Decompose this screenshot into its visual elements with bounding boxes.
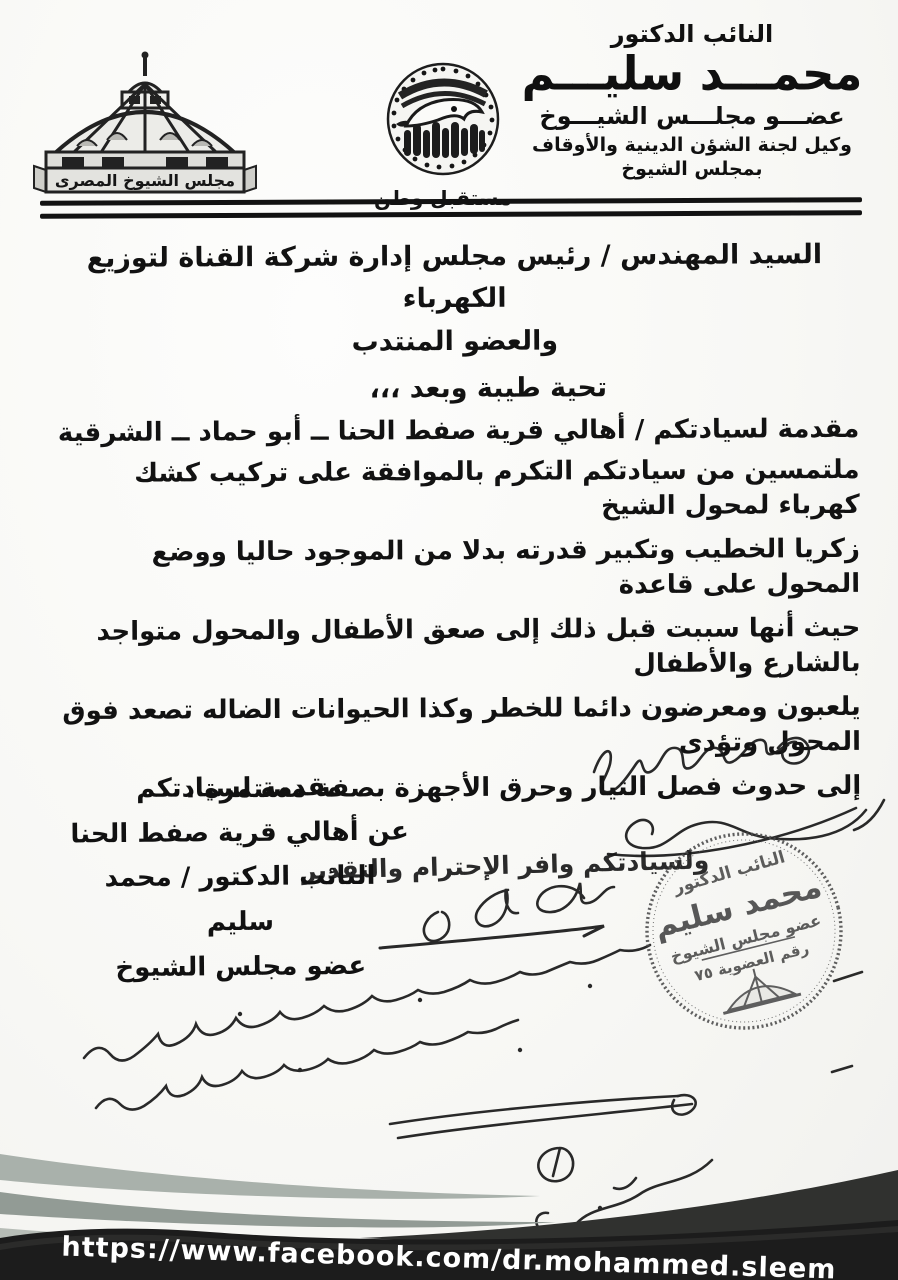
handwritten-note-stroke	[476, 889, 518, 926]
presenter-line-1: مقدمة لسيادتكم	[69, 765, 409, 813]
senate-logo-banner-text: مجلس الشيوخ المصرى	[55, 171, 235, 190]
recipient-line-1: السيد المهندس / رئيس مجلس إدارة شركة الق…	[50, 234, 858, 322]
handwritten-note-stroke	[424, 912, 449, 941]
official-council: بمجلس الشيوخ	[512, 158, 872, 180]
party-logo: مستقبل وطن	[374, 62, 512, 210]
annotation-stroke	[390, 1096, 678, 1124]
body-line: حيث أنها سببت قبل ذلك إلى صعق الأطفال وا…	[52, 611, 860, 685]
intro-line: مقدمة لسيادتكم / أهالي قرية صفط الحنا ــ…	[51, 414, 859, 448]
official-title: النائب الدكتور	[512, 20, 872, 48]
presenter-line-4: عضو مجلس الشيوخ	[71, 943, 411, 991]
senate-dome-icon: مجلس الشيوخ المصرى	[32, 42, 258, 194]
annotation-stroke	[672, 1095, 696, 1115]
handwritten-underline	[380, 926, 604, 948]
annotation-stroke	[398, 1104, 692, 1138]
scanned-letter-page: مجلس الشيوخ المصرى	[0, 0, 898, 1280]
annotation-stroke	[832, 1066, 852, 1072]
body-line: يلعبون ومعرضون دائما للخطر وكذا الحيوانا…	[53, 690, 861, 764]
body-line: ملتمسين من سيادتكم التكرم بالموافقة على …	[51, 453, 859, 527]
recipient-line-2: والعضو المنتدب	[51, 324, 859, 359]
senate-logo: مجلس الشيوخ المصرى	[32, 42, 258, 198]
presenter-block: مقدمة لسيادتكم عن أهالي قرية صفط الحنا ا…	[69, 765, 411, 992]
official-committee: وكيل لجنة الشؤن الدينية والأوقاف	[512, 134, 872, 156]
annotation-stroke	[96, 1020, 518, 1110]
presenter-line-2: عن أهالي قرية صفط الحنا	[69, 809, 409, 857]
salutation: تحية طيبة وبعد ،،،	[51, 371, 859, 406]
official-name: محمـــد سليـــم	[512, 47, 872, 101]
official-header: النائب الدكتور محمـــد سليـــم عضـــو مج…	[512, 20, 872, 180]
header-rule-bottom	[40, 210, 862, 219]
official-stamp: النائب الدكتور محمد سليم عضو مجلس الشيوخ…	[612, 828, 876, 1034]
presenter-line-3: النائب الدكتور / محمد سليم	[70, 854, 411, 946]
handwritten-note-stroke	[537, 883, 614, 912]
eagle-emblem-icon	[382, 62, 504, 180]
body-line: زكريا الخطيب وتكبير قدرته بدلا من الموجو…	[52, 532, 860, 606]
official-role: عضـــو مجلـــس الشيـــوخ	[512, 102, 872, 130]
